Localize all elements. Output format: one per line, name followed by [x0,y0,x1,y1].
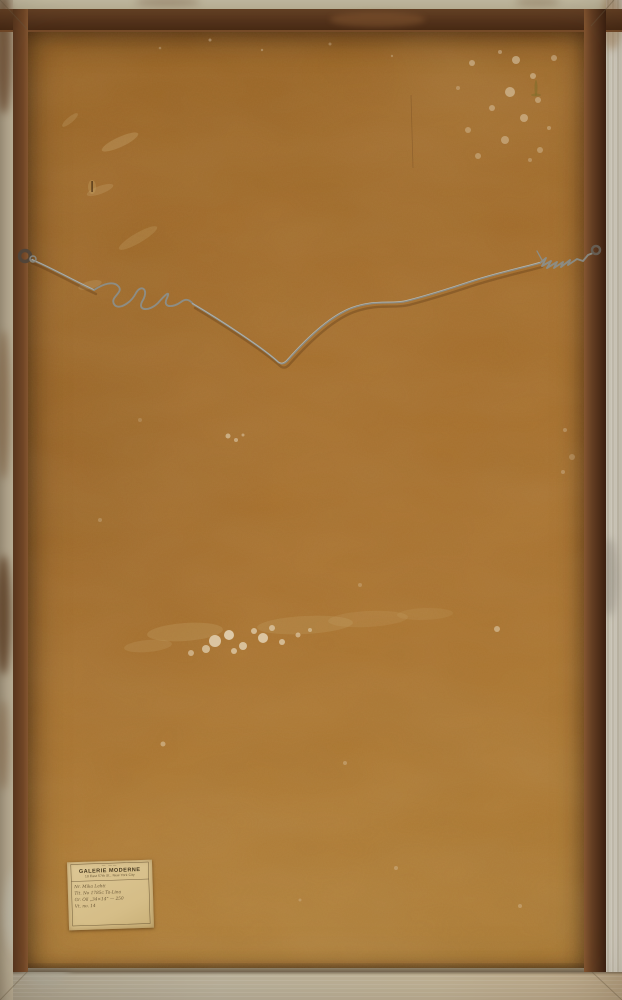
screw-eye-right [592,246,600,254]
gallery-label-border: — —— GALERIE MODERNE 18 East 57th St., N… [71,862,151,926]
board-texture [28,32,584,968]
framed-artwork-back-photo: — —— GALERIE MODERNE 18 East 57th St., N… [0,0,622,1000]
gallery-label: — —— GALERIE MODERNE 18 East 57th St., N… [67,860,154,931]
label-handwritten-line: Vt. no. 14 [75,901,147,910]
scratch-right [585,212,587,238]
photo-detail-overlay [0,0,622,1000]
staple [88,180,96,194]
screw-eye-left [20,251,31,262]
